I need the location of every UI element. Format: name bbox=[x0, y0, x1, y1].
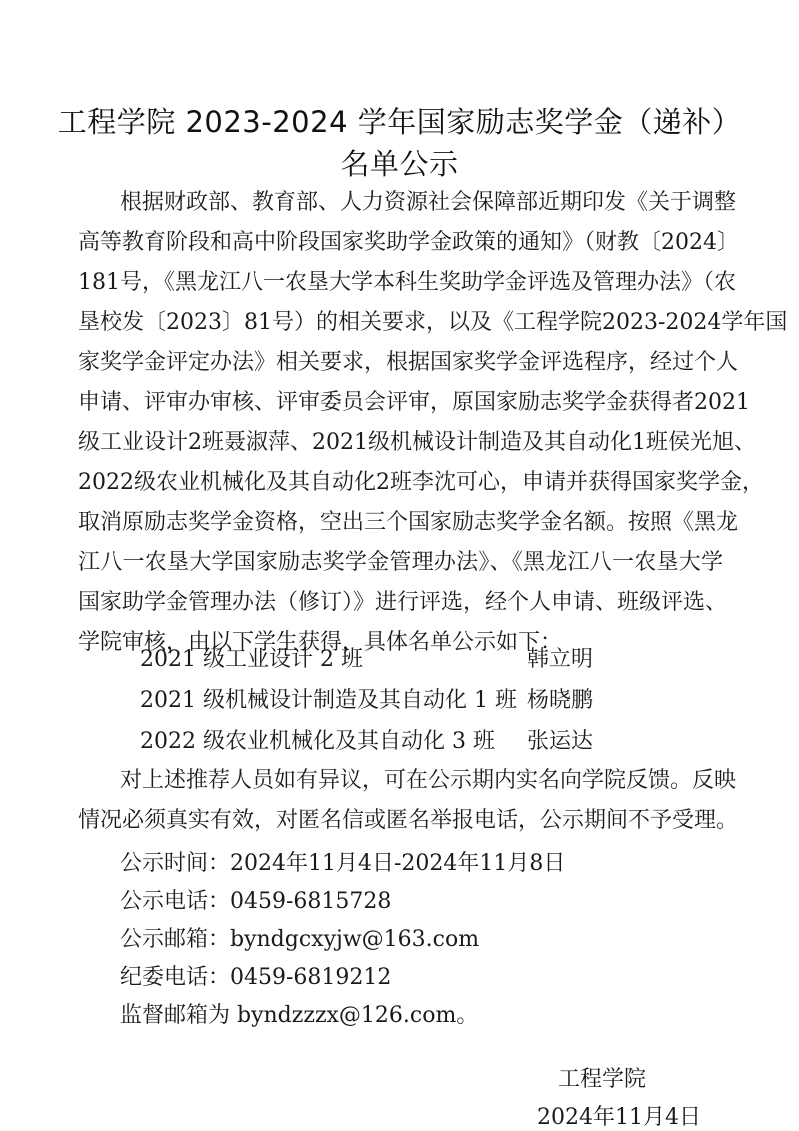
body-line: 江八一农垦大学国家励志奖学金管理办法》、《黑龙江八一农垦大学 bbox=[78, 550, 723, 576]
body-line: 2022级农业机械化及其自动化2班李沈可心，申请并获得国家奖学金， bbox=[78, 470, 723, 496]
body-line: 家奖学金评定办法》相关要求，根据国家奖学金评选程序，经过个人 bbox=[78, 350, 723, 376]
objection-line: 对上述推荐人员如有异议，可在公示期内实名向学院反馈。反映 bbox=[120, 768, 723, 794]
body-line: 申请、评审办审核、评审委员会评审，原国家励志奖学金获得者2021 bbox=[78, 390, 723, 416]
signature-date: 2024年11月4日 bbox=[537, 1100, 701, 1131]
recipient-name: 张运达 bbox=[527, 724, 593, 755]
objection-line: 情况必须真实有效，对匿名信或匿名举报电话，公示期间不予受理。 bbox=[78, 808, 723, 834]
body-line: 国家助学金管理办法（修订）》进行评选，经个人申请、班级评选、 bbox=[78, 590, 723, 616]
body-line: 垦校发〔2023〕81号）的相关要求，以及《工程学院2023-2024学年国 bbox=[78, 310, 723, 336]
recipient-name: 韩立明 bbox=[527, 642, 593, 673]
body-line: 高等教育阶段和高中阶段国家奖助学金政策的通知》（财教〔2024〕 bbox=[78, 230, 723, 256]
discipline-phone: 纪委电话：0459-6819212 bbox=[120, 960, 391, 991]
body-line: 181号，《黑龙江八一农垦大学本科生奖助学金评选及管理办法》（农 bbox=[78, 270, 723, 296]
recipient-class: 2022 级农业机械化及其自动化 3 班 bbox=[140, 724, 495, 755]
signature-org: 工程学院 bbox=[558, 1062, 646, 1093]
document-title-line-2: 名单公示 bbox=[0, 142, 799, 183]
publicity-period: 公示时间：2024年11月4日-2024年11月8日 bbox=[120, 846, 565, 877]
recipient-name: 杨晓鹏 bbox=[527, 683, 593, 714]
publicity-email: 公示邮箱：byndgcxyjw@163.com bbox=[120, 922, 479, 953]
publicity-phone: 公示电话：0459-6815728 bbox=[120, 884, 391, 915]
body-line: 级工业设计2班聂淑萍、2021级机械设计制造及其自动化1班侯光旭、 bbox=[78, 430, 723, 456]
recipient-class: 2021 级工业设计 2 班 bbox=[140, 642, 363, 673]
document-title-line-1: 工程学院 2023-2024 学年国家励志奖学金（递补） bbox=[0, 100, 799, 141]
body-line: 根据财政部、教育部、人力资源社会保障部近期印发《关于调整 bbox=[120, 190, 723, 216]
supervision-email: 监督邮箱为 byndzzzx@126.com。 bbox=[120, 998, 478, 1029]
recipient-class: 2021 级机械设计制造及其自动化 1 班 bbox=[140, 683, 517, 714]
body-line: 取消原励志奖学金资格，空出三个国家励志奖学金名额。按照《黑龙 bbox=[78, 510, 723, 536]
